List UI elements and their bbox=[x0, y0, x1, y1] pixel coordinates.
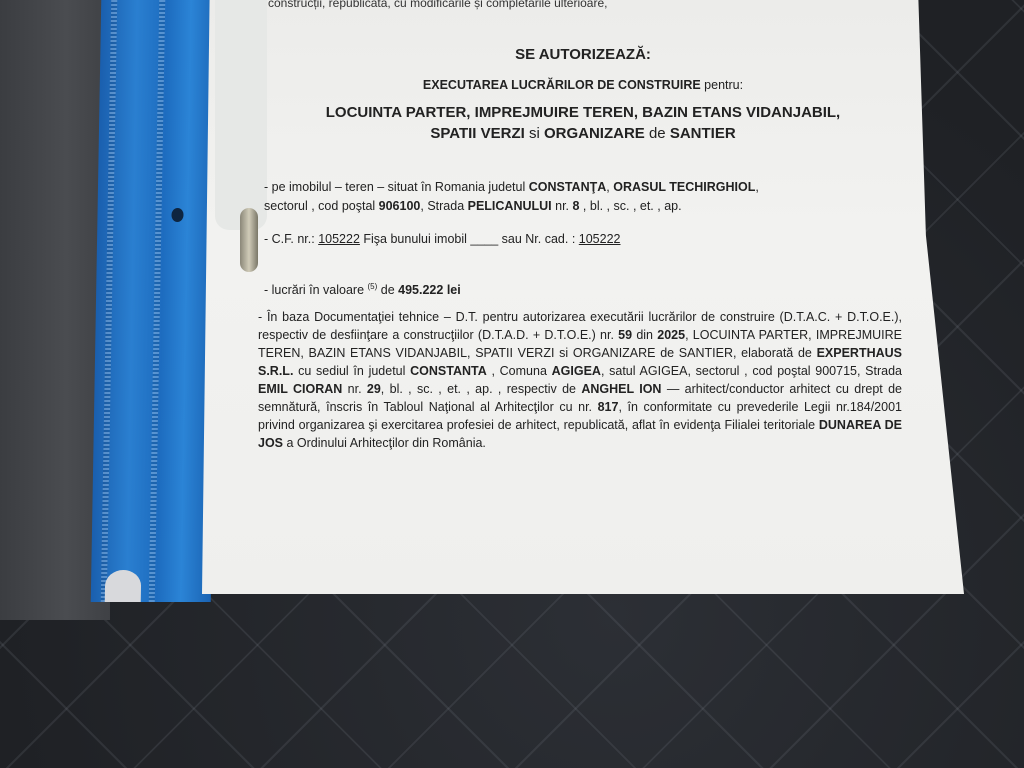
metal-clip bbox=[240, 208, 258, 272]
value-line: - lucrări în valoare (5) de 495.222 lei bbox=[264, 278, 461, 299]
binder-ridge bbox=[149, 0, 166, 602]
top-line: construcții, republicată, cu modificăril… bbox=[268, 0, 607, 12]
project-title: LOCUINTA PARTER, IMPREJMUIRE TEREN, BAZI… bbox=[258, 102, 908, 144]
subheading: EXECUTAREA LUCRĂRILOR DE CONSTRUIRE pent… bbox=[258, 76, 908, 94]
heading: SE AUTORIZEAZĂ: bbox=[258, 46, 908, 64]
basis-paragraph: - În baza Documentaţiei tehnice – D.T. p… bbox=[258, 308, 902, 452]
blue-binder-spine bbox=[91, 0, 222, 602]
binder-ridge bbox=[101, 0, 118, 602]
binder-disc bbox=[105, 570, 142, 602]
binder-hole bbox=[171, 208, 183, 222]
cadastre-line: - C.F. nr.: 105222 Fişa bunului imobil _… bbox=[264, 230, 621, 248]
property-line-2: sectorul , cod poştal 906100, Strada PEL… bbox=[264, 197, 682, 215]
property-line-1: - pe imobilul – teren – situat în Romani… bbox=[264, 178, 759, 196]
